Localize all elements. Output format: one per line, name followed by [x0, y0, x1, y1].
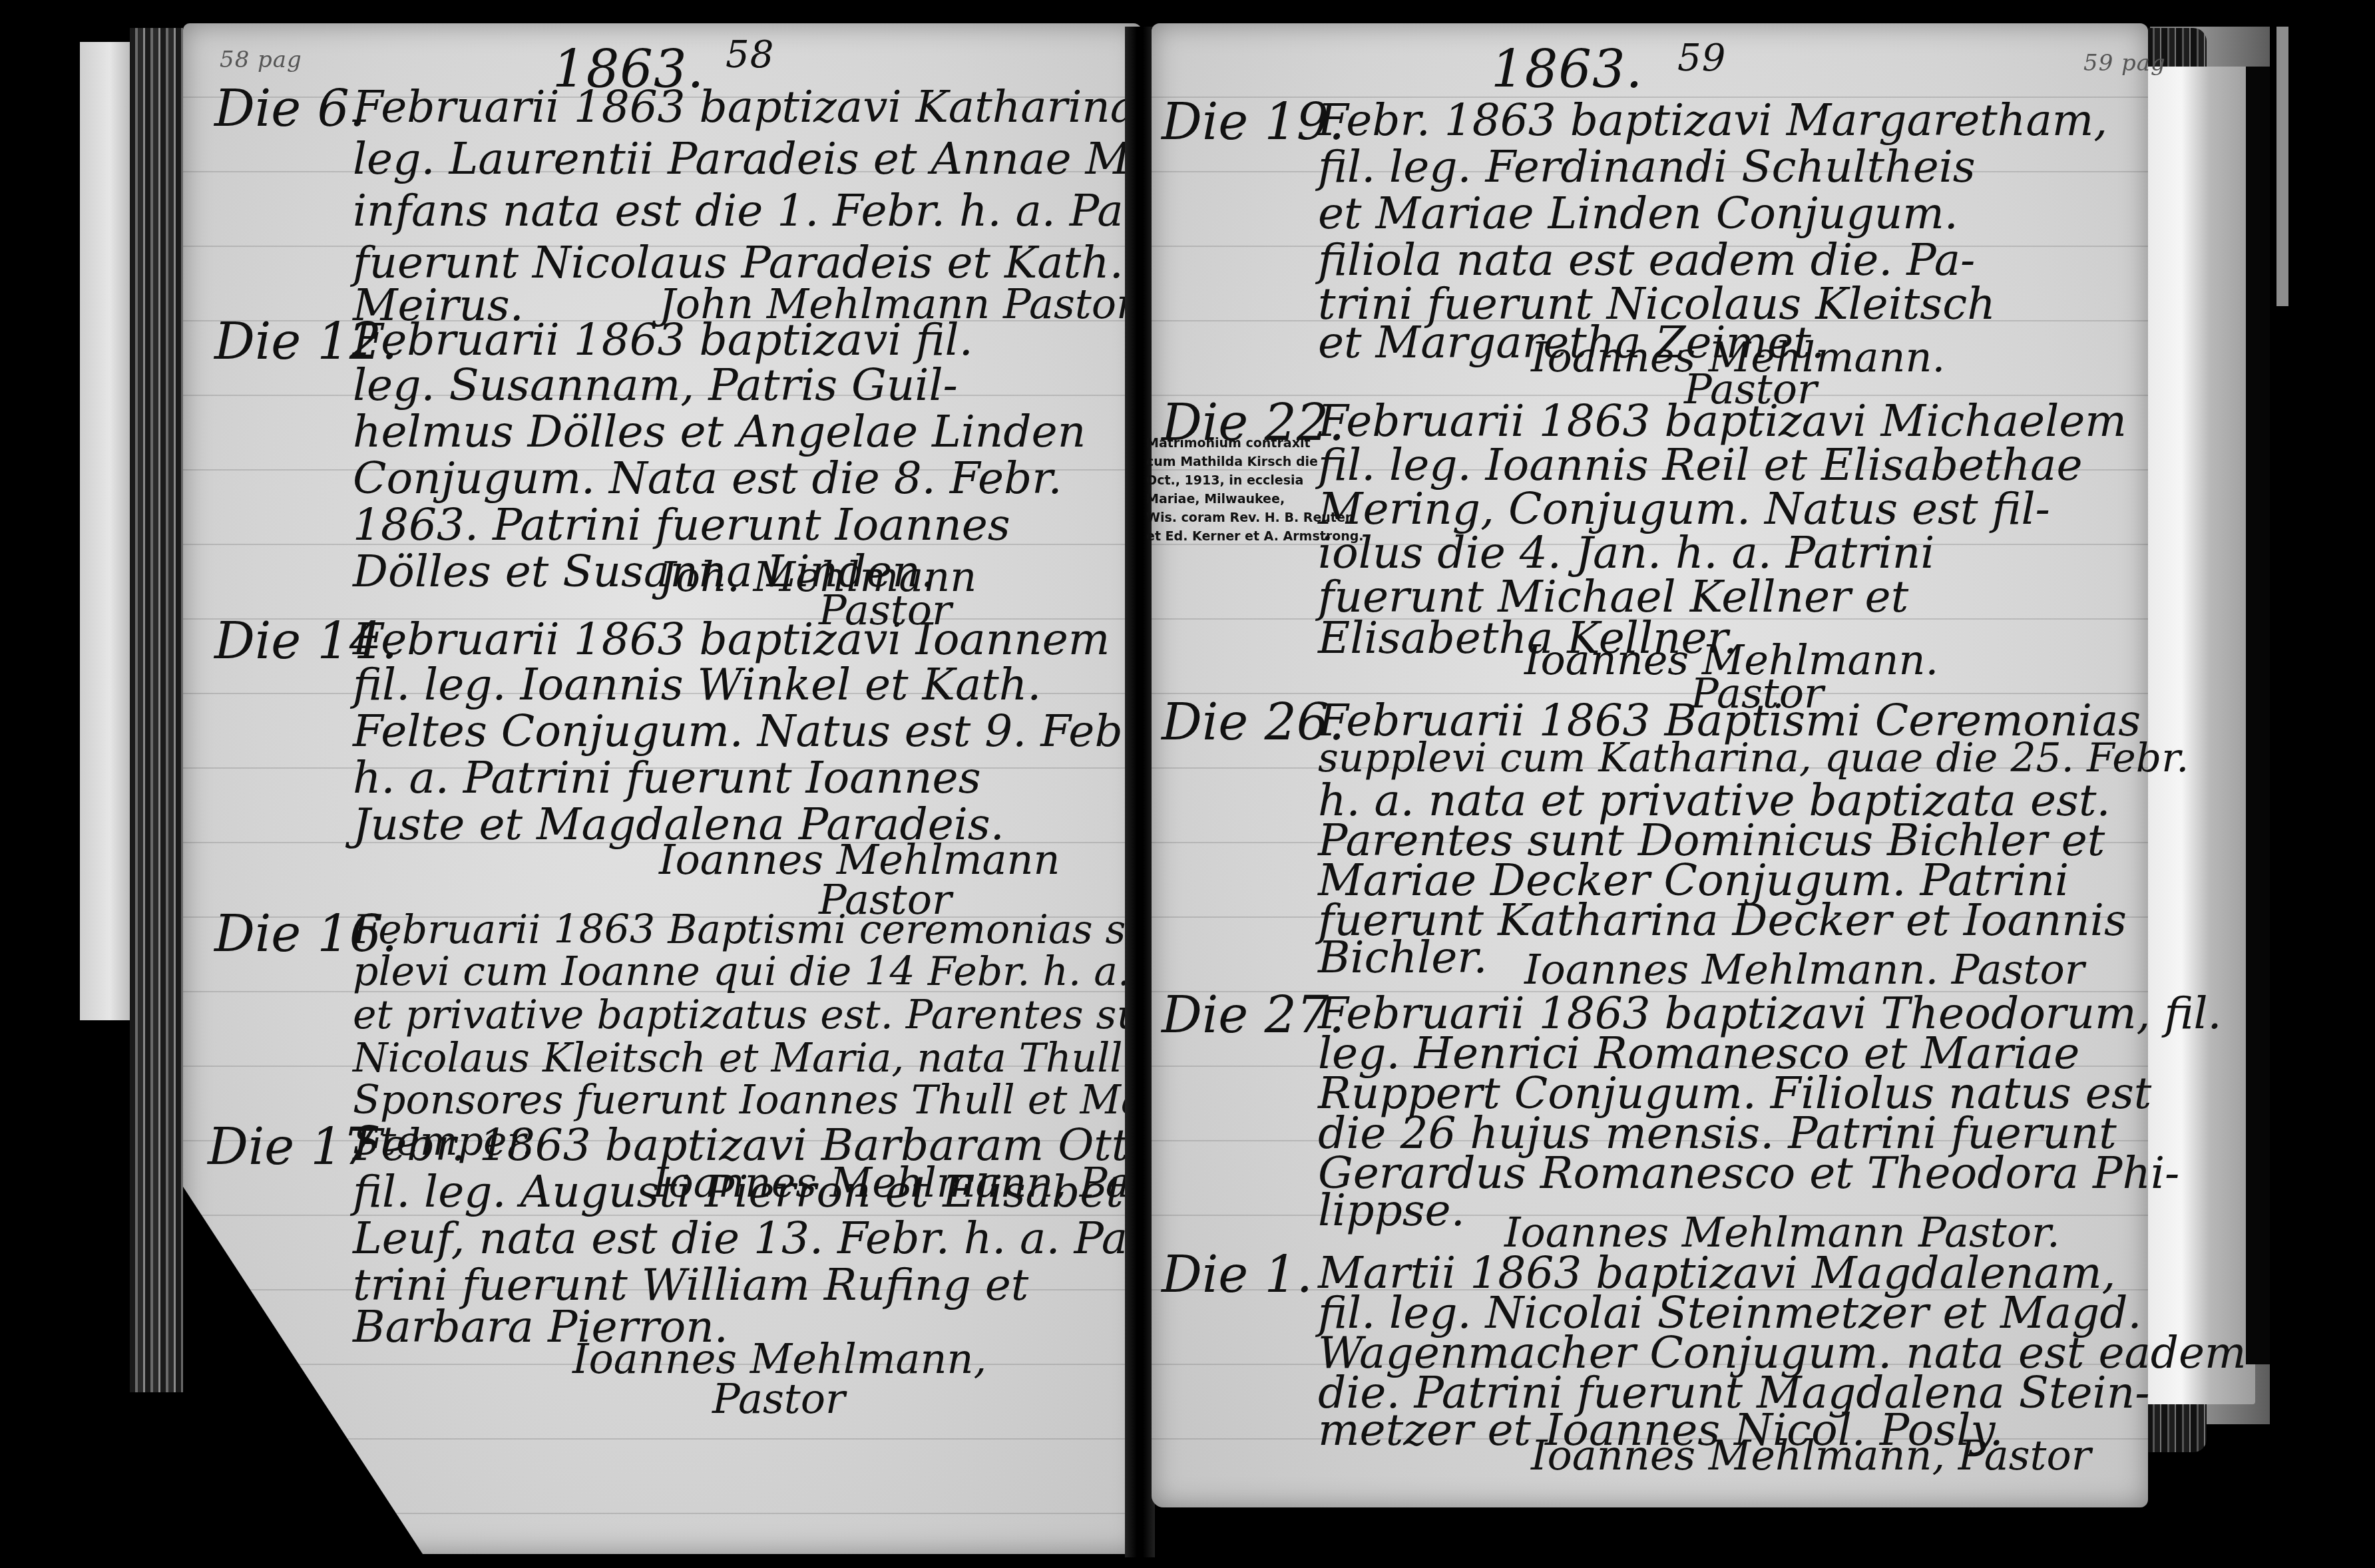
- entry-line: Febr. 1863 baptizavi Margaretham,: [1318, 95, 2107, 146]
- entry-line: Februarii 1863 Baptismi ceremonias sup-: [353, 906, 1191, 953]
- left-page-number: 58: [726, 33, 774, 77]
- entry-day: Die 19.: [1162, 92, 1345, 151]
- entry-line: Sponsores fuerunt Ioannes Thull et Marg.: [353, 1077, 1202, 1123]
- entry-day: Die 27.: [1162, 985, 1345, 1044]
- right-pencil-page-ref: 59 pag: [2083, 50, 2166, 77]
- entry-day: Die 17: [208, 1117, 375, 1176]
- entry-line: Febr. 1863 baptizavi Barbaram Ottiliam: [353, 1119, 1239, 1171]
- entry-line: leg. Susannam, Patris Guil-: [353, 359, 958, 411]
- book-endpaper-left: [80, 42, 130, 1020]
- entry-line: Bichler.: [1318, 932, 1488, 983]
- entry-line: et privative baptizatus est. Parentes su…: [353, 992, 1184, 1038]
- entry-line: h. a. Patrini fuerunt Ioannes: [353, 752, 981, 803]
- entry-line: infans nata est die 1. Febr. h. a. Patri…: [353, 185, 1218, 236]
- entry-line: lippse.: [1318, 1185, 1465, 1236]
- book-gutter: [1125, 27, 1155, 1557]
- entry-day: Die 6.: [214, 79, 365, 138]
- strip-shadow: [2246, 67, 2270, 1364]
- entry-line: Februarii 1863 baptizavi Ioannem: [353, 614, 1110, 665]
- entry-day: Die 26.: [1162, 692, 1345, 751]
- entry-line: plevi cum Ioanne qui die 14 Febr. h. a. …: [353, 948, 1255, 995]
- entry-day: Die 22.: [1162, 393, 1345, 452]
- book-page-edges-left: [130, 28, 183, 1392]
- entry-line: Nicolaus Kleitsch et Maria, nata Thull.: [353, 1035, 1136, 1081]
- entry-line: Februarii 1863 baptizavi Katharinam fil.: [353, 81, 1249, 132]
- entry-line: Feltes Conjugum. Natus est 9. Febr.: [353, 705, 1153, 757]
- left-pencil-page-ref: 58 pag: [220, 47, 302, 73]
- entry-line: Conjugum. Nata est die 8. Febr.: [353, 453, 1062, 504]
- pastor-signature: Ioannes Mehlmann. Pastor: [1524, 945, 2084, 994]
- right-year-heading: 1863.: [1491, 40, 1643, 100]
- entry-day: Die 1.: [1162, 1245, 1313, 1304]
- pastor-title: Pastor: [712, 1374, 845, 1423]
- right-page-number: 59: [1677, 37, 1726, 80]
- entry-line: helmus Dölles et Angelae Linden: [353, 406, 1086, 457]
- entry-line: leg. Laurentii Paradeis et Annae Meirus: [353, 133, 1242, 184]
- entry-line: fil. leg. Ferdinandi Schultheis: [1318, 141, 1976, 192]
- entry-line: fil. leg. Ioannis Winkel et Kath.: [353, 659, 1041, 710]
- entry-line: Leuf, nata est die 13. Febr. h. a. Pa-: [353, 1213, 1143, 1264]
- entry-line: et Mariae Linden Conjugum.: [1318, 188, 1958, 239]
- paper-slip: [2276, 27, 2288, 306]
- entry-line: fil. leg. Augusti Pierron et Elisabethae: [353, 1166, 1204, 1217]
- entry-line: 1863. Patrini fuerunt Ioannes: [353, 499, 1010, 550]
- entry-line: Februarii 1863 baptizavi fil.: [353, 314, 973, 365]
- pastor-signature: Ioannes Mehlmann, Pastor: [1531, 1431, 2091, 1479]
